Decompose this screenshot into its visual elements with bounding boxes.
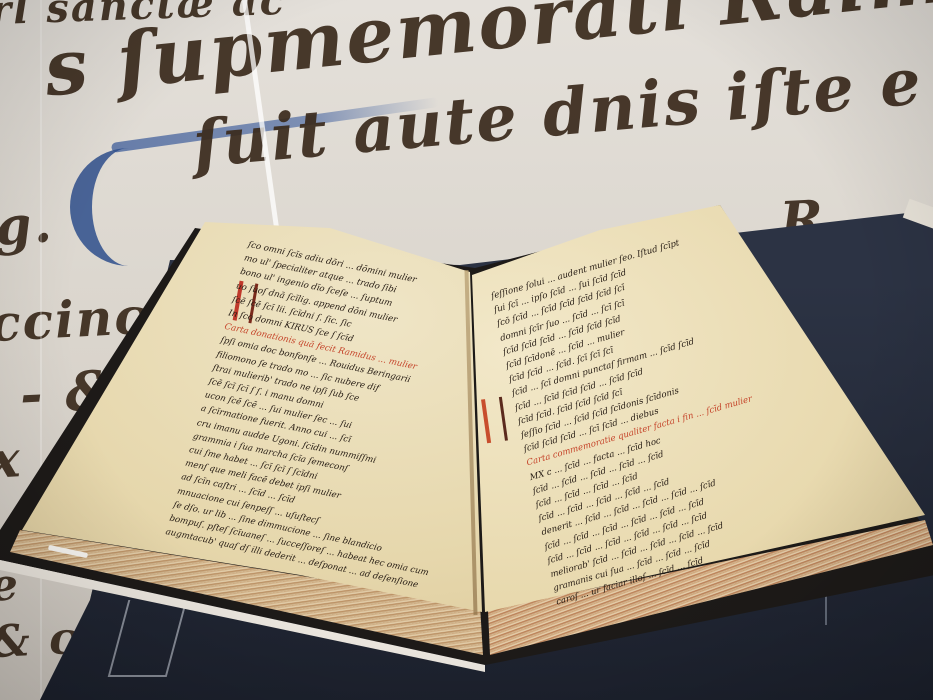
background-script-line: g. [0,193,56,258]
background-script-line: x [0,429,23,490]
glass-reflection [40,0,42,700]
